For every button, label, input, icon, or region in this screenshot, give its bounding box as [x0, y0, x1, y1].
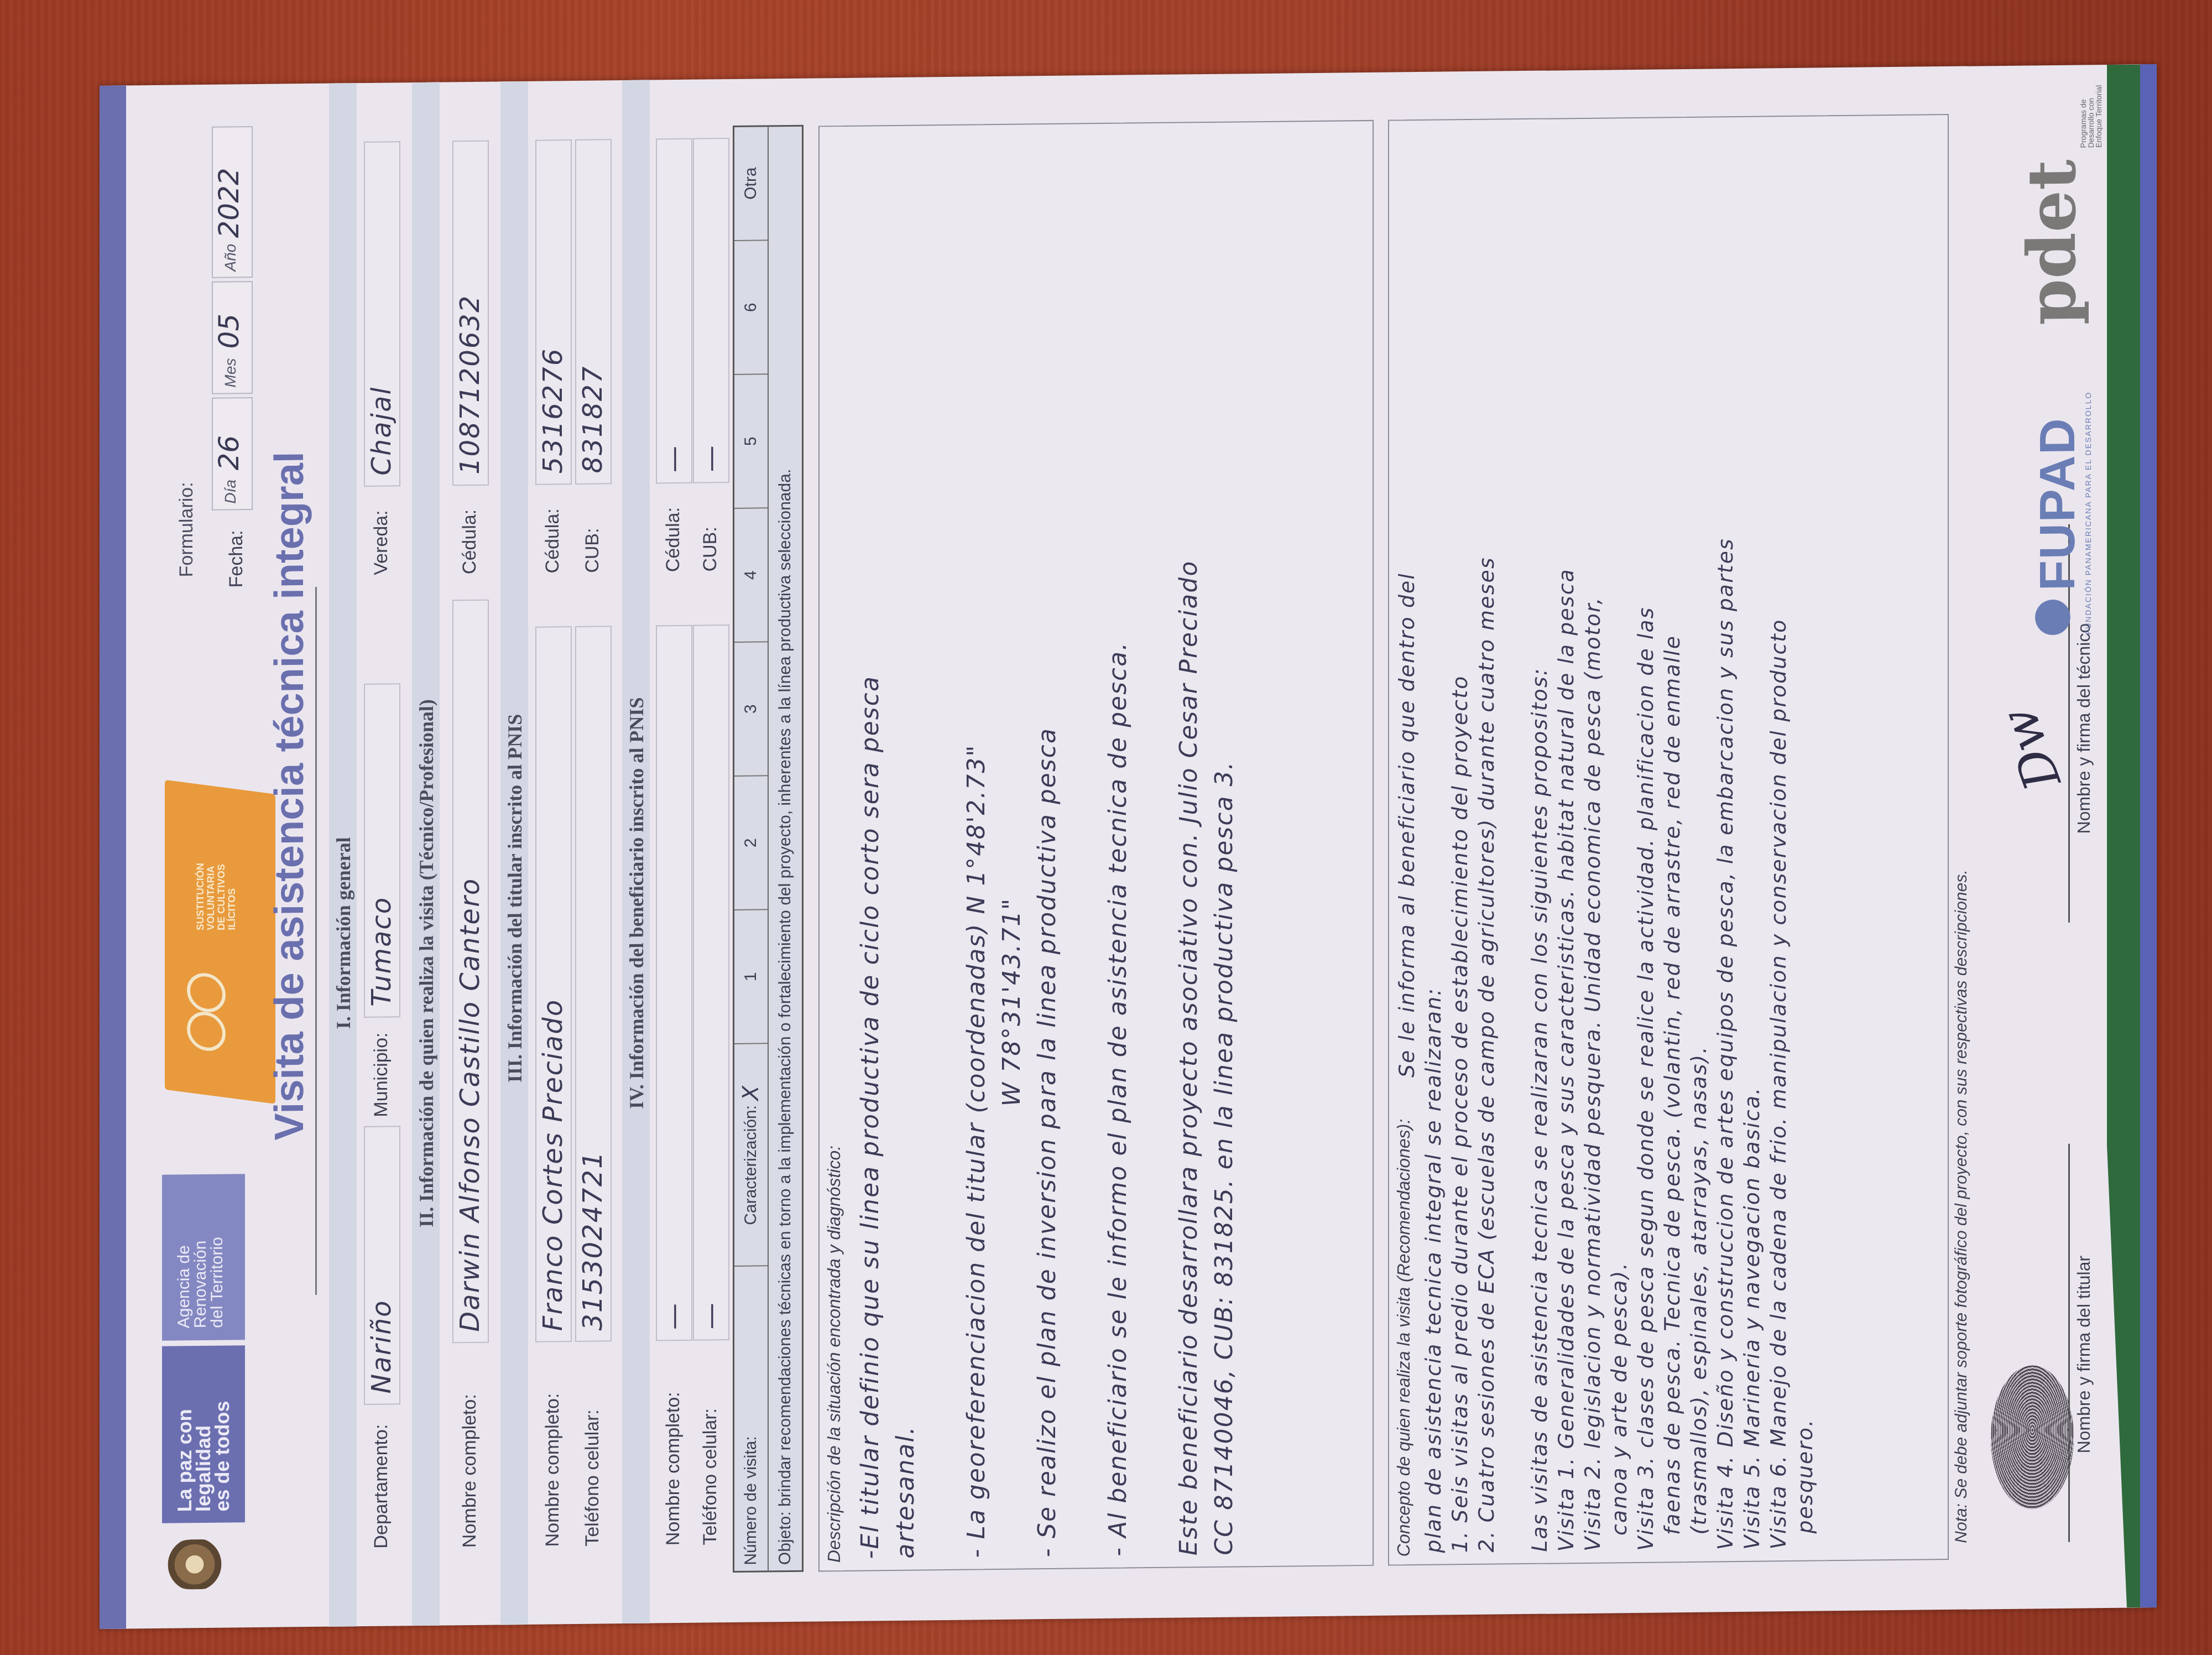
departamento-label: Departamento:	[371, 1424, 392, 1549]
form-page: La paz con legalidad es de todos Agencia…	[100, 64, 2157, 1629]
titular-cedula-field[interactable]: 5316276	[535, 139, 572, 485]
visit-option-5[interactable]: 5	[734, 373, 768, 508]
visit-number-row: Número de visita: Caracterización: X 1 2…	[734, 127, 769, 1571]
titular-cub-label: CUB:	[582, 528, 603, 573]
titular-signature-label: Nombre y firma del titular	[2074, 1256, 2094, 1454]
fupad-subtitle: FUNDACIÓN PANAMERICANA PARA EL DESARROLL…	[2084, 392, 2093, 635]
tecnico-nombre-label: Nombre completo:	[459, 1394, 481, 1548]
titular-nombre-label: Nombre completo:	[542, 1393, 564, 1547]
date-month-field[interactable]: Mes 05	[212, 281, 253, 394]
date-year-field[interactable]: Año 2022	[212, 126, 253, 278]
formulario-label: Formulario:	[176, 482, 197, 577]
descripcion-box[interactable]: Descripción de la situación encontrada y…	[818, 120, 1374, 1572]
tecnico-cedula-field[interactable]: 1087120632	[452, 140, 489, 486]
tecnico-cedula-label: Cédula:	[459, 509, 481, 575]
section-3-title: III. Información del titular inscrito al…	[503, 714, 526, 1083]
beneficiario-telefono-field[interactable]: —	[693, 624, 729, 1341]
visit-option-3[interactable]: 3	[734, 641, 768, 776]
title-divider	[315, 587, 317, 1295]
visit-option-1[interactable]: 1	[734, 909, 768, 1043]
tecnico-signature-label: Nombre y firma del técnico	[2074, 623, 2094, 834]
municipio-field[interactable]: Tumaco	[364, 683, 400, 1018]
objeto-row: Objeto: brindar recomendaciones técnicas…	[769, 127, 802, 1571]
spiral-icon	[187, 971, 226, 1014]
beneficiario-telefono-label: Teléfono celular:	[700, 1408, 721, 1545]
titular-nombre-field[interactable]: Franco Cortes Preciado	[535, 626, 572, 1342]
objeto-text: Objeto: brindar recomendaciones técnicas…	[769, 469, 802, 1571]
vereda-label: Vereda:	[371, 510, 392, 575]
titular-telefono-field[interactable]: 3153024721	[575, 626, 612, 1342]
concepto-box[interactable]: Concepto de quien realiza la visita (Rec…	[1388, 114, 1949, 1566]
pdet-subtitle: Programas de Desarrollo con Enfoque Terr…	[2079, 81, 2103, 148]
beneficiario-nombre-field[interactable]: —	[656, 625, 692, 1341]
visit-option-otra[interactable]: Otra	[734, 127, 768, 240]
fecha-label: Fecha:	[226, 530, 247, 587]
tecnico-nombre-field[interactable]: Darwin Alfonso Castillo Cantero	[452, 600, 489, 1344]
colombia-coat-of-arms-icon	[165, 1539, 231, 1590]
beneficiario-cedula-label: Cédula:	[662, 507, 684, 573]
beneficiario-nombre-label: Nombre completo:	[662, 1392, 684, 1545]
tecnico-signature: Dw	[1990, 700, 2073, 798]
fupad-logo: FUPAD	[2030, 417, 2086, 591]
pdet-logo: pdet	[2013, 159, 2091, 326]
art-agency-logo: Agencia de Renovación del Territorio	[162, 1174, 245, 1341]
departamento-field[interactable]: Nariño	[364, 1126, 400, 1405]
concepto-heading: Concepto de quien realiza la visita (Rec…	[1394, 1119, 1414, 1557]
spiral-icon	[187, 1009, 226, 1053]
descripcion-handwritten-text: -El titular definio que su linea product…	[853, 128, 1242, 1559]
visit-option-caracterizacion[interactable]: Caracterización: X	[734, 1043, 768, 1266]
titular-cedula-label: Cédula:	[542, 508, 564, 574]
visit-option-6[interactable]: 6	[734, 240, 768, 374]
numero-visita-label: Número de visita:	[734, 1265, 768, 1571]
photo-support-note: Nota: Se debe adjuntar soporte fotográfi…	[1952, 870, 1971, 1543]
visit-option-4[interactable]: 4	[734, 507, 768, 642]
beneficiario-cedula-field[interactable]: —	[656, 138, 692, 484]
footer-blue-stripe	[2140, 64, 2157, 1607]
visit-number-table: Número de visita: Caracterización: X 1 2…	[733, 125, 804, 1573]
vereda-field[interactable]: Chajal	[364, 141, 400, 487]
date-day-field[interactable]: Día 26	[212, 397, 253, 511]
titular-telefono-label: Teléfono celular:	[582, 1409, 603, 1547]
titular-signature-line[interactable]	[2068, 1144, 2070, 1542]
fingerprint-icon	[1991, 1365, 2074, 1510]
caracterizacion-checkmark: X	[738, 1084, 764, 1101]
section-1-title: I. Información general	[332, 837, 355, 1029]
municipio-label: Municipio:	[371, 1032, 392, 1117]
descripcion-heading: Descripción de la situación encontrada y…	[824, 1146, 844, 1563]
government-slogan-logo: La paz con legalidad es de todos	[162, 1345, 245, 1523]
section-4-title: IV. Información del beneficiario inscrit…	[625, 697, 648, 1109]
concepto-handwritten-text: plan de asistencia tecnica integral se r…	[1420, 122, 1818, 1553]
globe-icon	[2035, 600, 2070, 636]
page-title: Visita de asistencia técnica integral	[265, 451, 312, 1141]
titular-cub-field[interactable]: 831827	[575, 139, 612, 485]
section-2-title: II. Información de quien realiza la visi…	[415, 699, 438, 1227]
pnis-logo: SUSTITUCIÓN VOLUNTARIA DE CULTIVOS ILÍCI…	[165, 780, 275, 1104]
visit-option-2[interactable]: 2	[734, 775, 768, 909]
beneficiario-cub-field[interactable]: —	[693, 138, 729, 483]
header-color-bar	[100, 85, 126, 1629]
beneficiario-cub-label: CUB:	[700, 527, 721, 572]
